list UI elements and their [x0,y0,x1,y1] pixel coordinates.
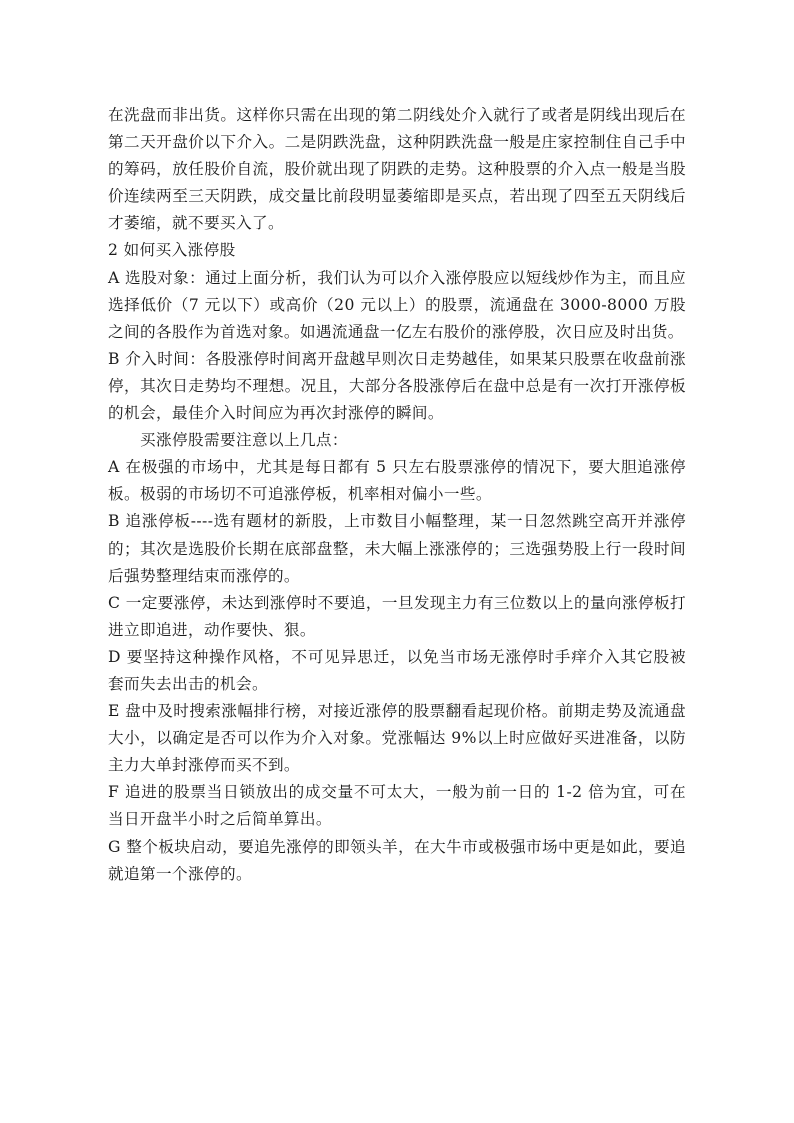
paragraph-notes-intro: 买涨停股需要注意以上几点： [108,427,686,454]
paragraph-note-c: C 一定要涨停，未达到涨停时不要追，一旦发现主力有三位数以上的量向涨停板打进立即… [108,590,686,644]
paragraph-note-e: E 盘中及时搜索涨幅排行榜，对接近涨停的股票翻看起现价格。前期走势及流通盘大小，… [108,698,686,779]
paragraph-washout: 在洗盘而非出货。这样你只需在出现的第二阴线处介入就行了或者是阴线出现后在第二天开… [108,102,686,237]
paragraph-note-a: A 在极强的市场中，尤其是每日都有 5 只左右股票涨停的情况下，要大胆追涨停板。… [108,454,686,508]
paragraph-note-f: F 追进的股票当日锁放出的成交量不可太大，一般为前一日的 1-2 倍为宜，可在当… [108,779,686,833]
paragraph-entry-timing: B 介入时间：各股涨停时间离开盘越早则次日走势越佳，如果某只股票在收盘前涨停，其… [108,346,686,427]
document-page: 在洗盘而非出货。这样你只需在出现的第二阴线处介入就行了或者是阴线出现后在第二天开… [108,102,686,888]
paragraph-stock-selection: A 选股对象：通过上面分析，我们认为可以介入涨停股应以短线炒作为主，而且应选择低… [108,265,686,346]
paragraph-note-g: G 整个板块启动，要追先涨停的即领头羊，在大牛市或极强市场中更是如此，要追就追第… [108,834,686,888]
paragraph-note-b: B 追涨停板----选有题材的新股，上市数目小幅整理，某一日忽然跳空高开并涨停的… [108,508,686,589]
paragraph-note-d: D 要坚持这种操作风格，不可见异思迁，以免当市场无涨停时手痒介入其它股被套而失去… [108,644,686,698]
section-heading-how-to-buy: 2 如何买入涨停股 [108,237,686,264]
